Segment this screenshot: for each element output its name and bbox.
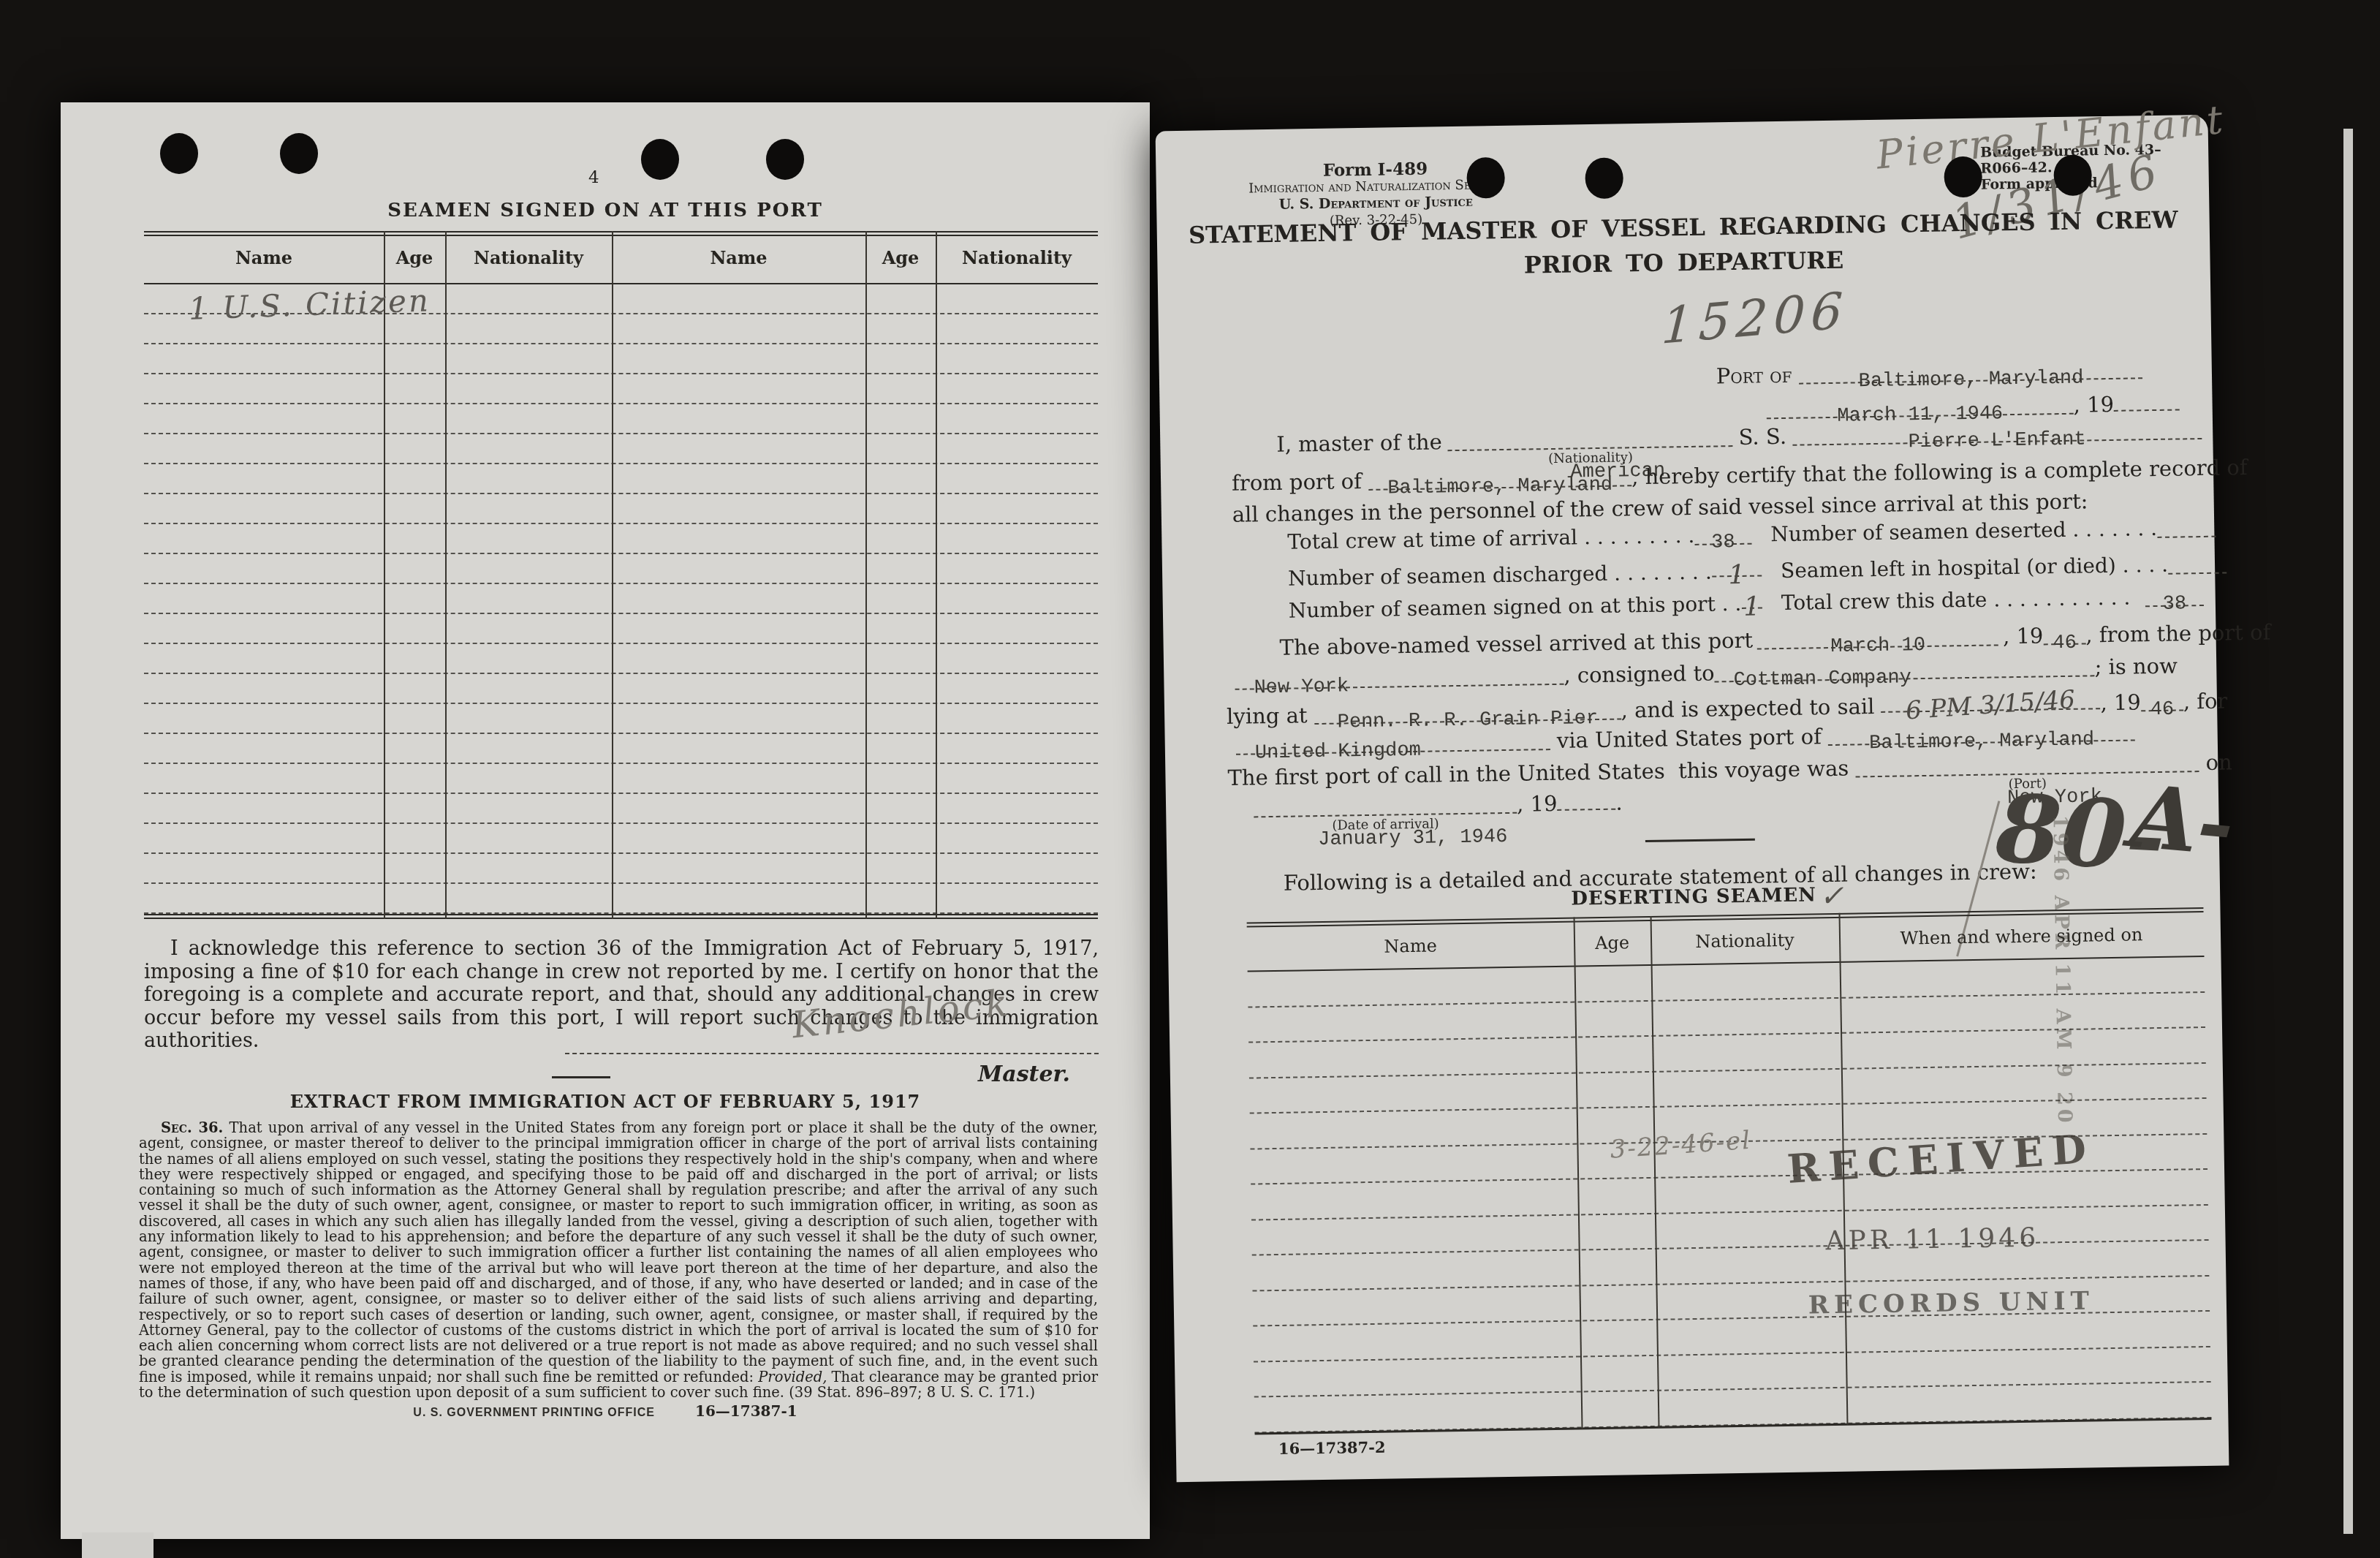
port-line: Port of Baltimore, Maryland [1716,357,2143,388]
print-footer: U. S. GOVERNMENT PRINTING OFFICE 16—1738… [61,1402,1150,1420]
records-unit-stamp: RECORDS UNIT [1808,1286,2095,1320]
sail-time-value: 6 PM 3/15/46 [1905,685,2076,726]
stat-deserted-field [2157,515,2216,538]
table-row [144,614,1098,644]
punch-hole-icon [160,133,198,174]
signature-title: Master. [978,1062,1070,1087]
stat-deserted: Number of seamen deserted . . . . . . . [1770,515,2216,547]
section-divider [552,1076,610,1078]
sail-time-field: 6 PM 3/15/46 [1881,687,2100,713]
stat-total-label: Total crew this date . . . . . . . . . .… [1781,586,2131,615]
is-now-label: ; is now [2094,654,2178,680]
master-line: I, master of the American (Nationality) … [1276,417,2202,457]
file-number: 15206 [1660,281,1850,356]
stat-signed-on-label: Number of seamen signed on at this port … [1289,591,1742,623]
from-port-of-call-field: New York [1235,663,1564,690]
destination-field: United Kingdom [1236,728,1550,755]
received-date-stamp: APR 11 1946 [1825,1223,2039,1257]
sail-year-field: 46 [2141,689,2183,711]
port-label: Port of [1716,363,1792,389]
signed-on-table-body [144,284,1098,914]
from-port-label: from port of [1232,469,1368,496]
stat-arrival-value: 38 [1711,532,1735,554]
table-row [144,704,1098,734]
extract-heading: EXTRACT FROM IMMIGRATION ACT OF FEBRUARY… [61,1091,1150,1112]
arrival-year-field [1557,788,1615,811]
port-value: Baltimore, Maryland [1858,368,2083,393]
col-header-name: Name [612,247,865,268]
arrived-date-value: March 10 [1830,635,1925,658]
year-label: , 19 [2100,689,2141,715]
punch-hole-icon [766,139,804,180]
table-row [144,524,1098,554]
col-header-age: Age [865,247,936,268]
stat-discharged-label: Number of seamen discharged . . . . . . … [1288,560,1712,591]
table-row [144,794,1098,824]
from-port-of-call-value: New York [1254,676,1349,699]
year-label: , 19 [1517,791,1558,817]
table-row [144,584,1098,614]
lying-at-field: Penn. R. R. Grain Pier [1314,698,1621,725]
right-page: Form I-489 Immigration and Naturalizatio… [1156,115,2229,1482]
date-field: March 11, 1946 [1766,393,2073,420]
signature-line [565,1053,1099,1054]
col-header-nationality: Nationality [445,247,612,268]
table-row [144,494,1098,524]
for-label: , for [2183,688,2228,714]
port-field: Baltimore, Maryland [1799,357,2142,384]
via-port-field: Baltimore, Maryland [1828,719,2135,746]
arrived-year-field: 46 [2043,623,2085,646]
period: . [1615,790,1623,815]
table-bottom-rule [144,914,1098,919]
printing-office: U. S. GOVERNMENT PRINTING OFFICE [413,1407,655,1420]
arrived-date-field: March 10 [1757,624,1998,649]
col-header-nationality: Nationality [936,247,1098,268]
col-header-name: Name [1247,934,1574,959]
consigned-label: , consigned to [1564,661,1715,688]
seamen-signed-heading: SEAMEN SIGNED ON AT THIS PORT [61,200,1150,222]
consignee-field: Cottman Company [1714,654,2094,682]
col-header-age: Age [384,247,445,268]
stat-arrival-label: Total crew at time of arrival . . . . . … [1287,523,1694,554]
date-line: March 11, 1946 , 19 [1766,388,2180,422]
table-row [144,734,1098,764]
column-divider [384,231,385,919]
stat-signed-on: Number of seamen signed on at this port … [1289,586,1763,622]
arrival-date-field: January 31, 1946 (Date of arrival) [1254,792,1517,818]
column-divider [865,231,867,919]
vessel-value: Pierre L'Enfant [1908,428,2085,453]
column-divider [445,231,447,919]
punch-hole-icon [1585,157,1623,199]
table-row [144,464,1098,494]
table-row [144,374,1098,404]
stat-discharged-value: 1 [1728,560,1746,590]
year-label: , 19 [2003,623,2044,648]
stat-discharged: Number of seamen discharged . . . . . . … [1288,554,1762,590]
stat-signed-on-field: 1 [1741,586,1762,608]
extract-paragraph: Sec. 36. That upon arrival of any vessel… [139,1120,1098,1400]
master-label: I, master of the [1276,429,1442,457]
from-port-field: Baltimore, Maryland [1368,464,1631,491]
table-row [144,674,1098,704]
stat-deserted-label: Number of seamen deserted . . . . . . . [1770,516,2157,546]
lying-at-label: lying at [1227,703,1314,729]
stat-total: Total crew this date . . . . . . . . . .… [1781,584,2204,615]
expected-sail-label: , and is expected to sail [1621,694,1881,723]
sail-year-value: 46 [2150,699,2175,722]
table-row [144,434,1098,464]
proviso: Provided, [758,1369,827,1385]
table-top-rule [144,231,1098,236]
voyage-line-6: January 31, 1946 (Date of arrival) , 19 … [1254,788,1623,821]
table-row [144,554,1098,584]
stat-discharged-field: 1 [1711,554,1762,577]
scanned-document: 4 SEAMEN SIGNED ON AT THIS PORT Name Age… [0,0,2380,1558]
col-header-signed-on: When and where signed on [1839,923,2204,950]
page-corner-artifact [82,1532,154,1558]
section-divider [1645,839,1755,842]
arrived-year-value: 46 [2053,632,2077,655]
punch-hole-icon [641,139,679,180]
column-divider [612,231,613,919]
col-header-age: Age [1574,932,1651,954]
from-port-value: Baltimore, Maryland [1387,474,1612,500]
year-label: , 19 [2073,392,2114,417]
table-row [144,854,1098,884]
page-number: 4 [588,168,599,187]
nationality-field: American (Nationality) [1447,425,1732,451]
left-page: 4 SEAMEN SIGNED ON AT THIS PORT Name Age… [61,102,1150,1539]
form-code: 16—17387-1 [695,1402,797,1420]
year-field [2114,388,2180,411]
stat-hospital-label: Seamen left in hospital (or died) . . . … [1781,553,2168,583]
table-row [144,344,1098,374]
destination-value: United Kingdom [1255,740,1421,765]
extract-body: That upon arrival of any vessel in the U… [139,1119,1098,1385]
consignee-value: Cottman Company [1734,667,1911,692]
stat-arrival: Total crew at time of arrival . . . . . … [1287,523,1751,554]
via-label: via United States port of [1550,724,1828,753]
col-header-nationality: Nationality [1651,929,1839,953]
ss-label: S. S. [1738,424,1786,450]
section-label: Sec. 36. [161,1119,223,1136]
stat-arrival-field: 38 [1694,523,1751,545]
table-row [144,404,1098,434]
via-port-value: Baltimore, Maryland [1869,729,2094,755]
table-row [144,644,1098,674]
col-header-name: Name [144,247,384,268]
table-row [144,884,1098,914]
grade-note: A- [2127,765,2238,875]
punch-hole-icon [280,133,318,174]
column-divider [936,231,937,919]
adjacent-page-edge [2343,129,2353,1534]
table-row [144,824,1098,854]
check-mark: ✓ [1819,880,1844,914]
stat-total-field: 38 [2145,584,2203,607]
from-port-line: from port of Baltimore, Maryland , hereb… [1232,455,2248,496]
stat-signed-on-value: 1 [1743,592,1761,622]
form-code: 16—17387-2 [1278,1438,1386,1458]
deserting-table-body [1248,957,2212,1433]
stat-hospital-field [2168,551,2226,574]
stat-hospital: Seamen left in hospital (or died) . . . … [1781,551,2226,583]
arrived-label: The above-named vessel arrived at this p… [1279,628,1753,660]
from-the-port-label: , from the port of [2085,620,2270,648]
table-row [144,764,1098,794]
stat-total-value: 38 [2162,593,2186,616]
